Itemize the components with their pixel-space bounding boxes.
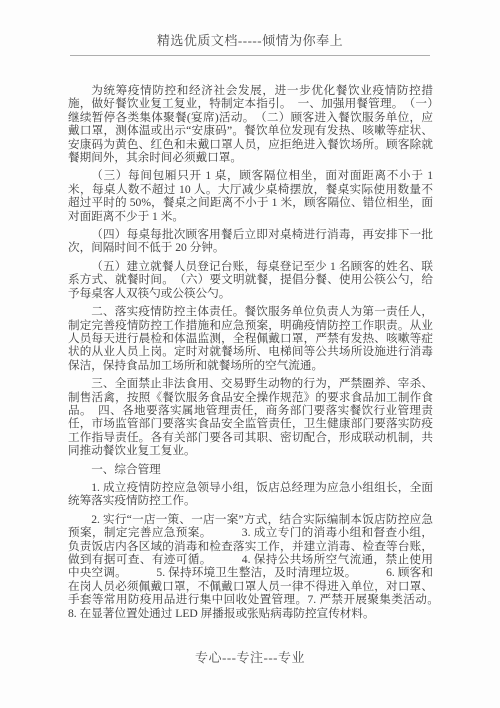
paragraph-item-4-disinfection-interval: （四）每桌每批次顾客用餐后立即对桌椅进行消毒，再安排下一批次，间隔时间不低于 2… <box>68 228 433 255</box>
footer-text: 专心---专注---专业 <box>195 650 305 665</box>
paragraph-section-3-4-wildlife-departments: 三、全面禁止非法食用、交易野生动物的行为，严禁圈养、宰杀、制售活禽，按照《餐饮服… <box>68 377 433 457</box>
page-footer: 专心---专注---专业 <box>0 647 500 666</box>
header-title: 精选优质文档-----倾情为你奉上 <box>70 30 430 55</box>
paragraph-item-5-6-registration-utensils: （五）建立就餐人员登记台账，每桌登记至少 1 名顾客的姓名、联系方式、就餐时间。… <box>68 260 433 300</box>
paragraph-section-2-responsibility: 二、落实疫情防控主体责任。餐饮服务单位负责人为第一责任人，制定完善疫情防控工作措… <box>68 305 433 372</box>
document-body: 为统筹疫情防控和经济社会发展，进一步优化餐饮业疫情防控措施，做好餐饮业复工复业，… <box>68 84 433 625</box>
paragraph-item-3-table-spacing: （三）每间包厢只开 1 桌，顾客隔位相坐，面对面距离不小于 1 米，每桌人数不超… <box>68 169 433 223</box>
page-header: 精选优质文档-----倾情为你奉上 <box>70 30 430 56</box>
header-divider <box>70 55 430 56</box>
paragraph-item-1-leading-group: 1. 成立疫情防控应急领导小组，饭店总经理为应急小组组长，全面统筹落实疫情防控工… <box>68 481 433 508</box>
document-page: 精选优质文档-----倾情为你奉上 为统筹疫情防控和经济社会发展，进一步优化餐饮… <box>0 0 500 708</box>
paragraph-intro-dining-management: 为统筹疫情防控和经济社会发展，进一步优化餐饮业疫情防控措施，做好餐饮业复工复业，… <box>68 84 433 164</box>
paragraph-heading-comprehensive-management: 一、综合管理 <box>68 463 433 476</box>
paragraph-items-2-to-8-measures: 2. 实行“一店一策、一店一案”方式，结合实际编制本饭店防控应急预案，制定完善应… <box>68 513 433 620</box>
